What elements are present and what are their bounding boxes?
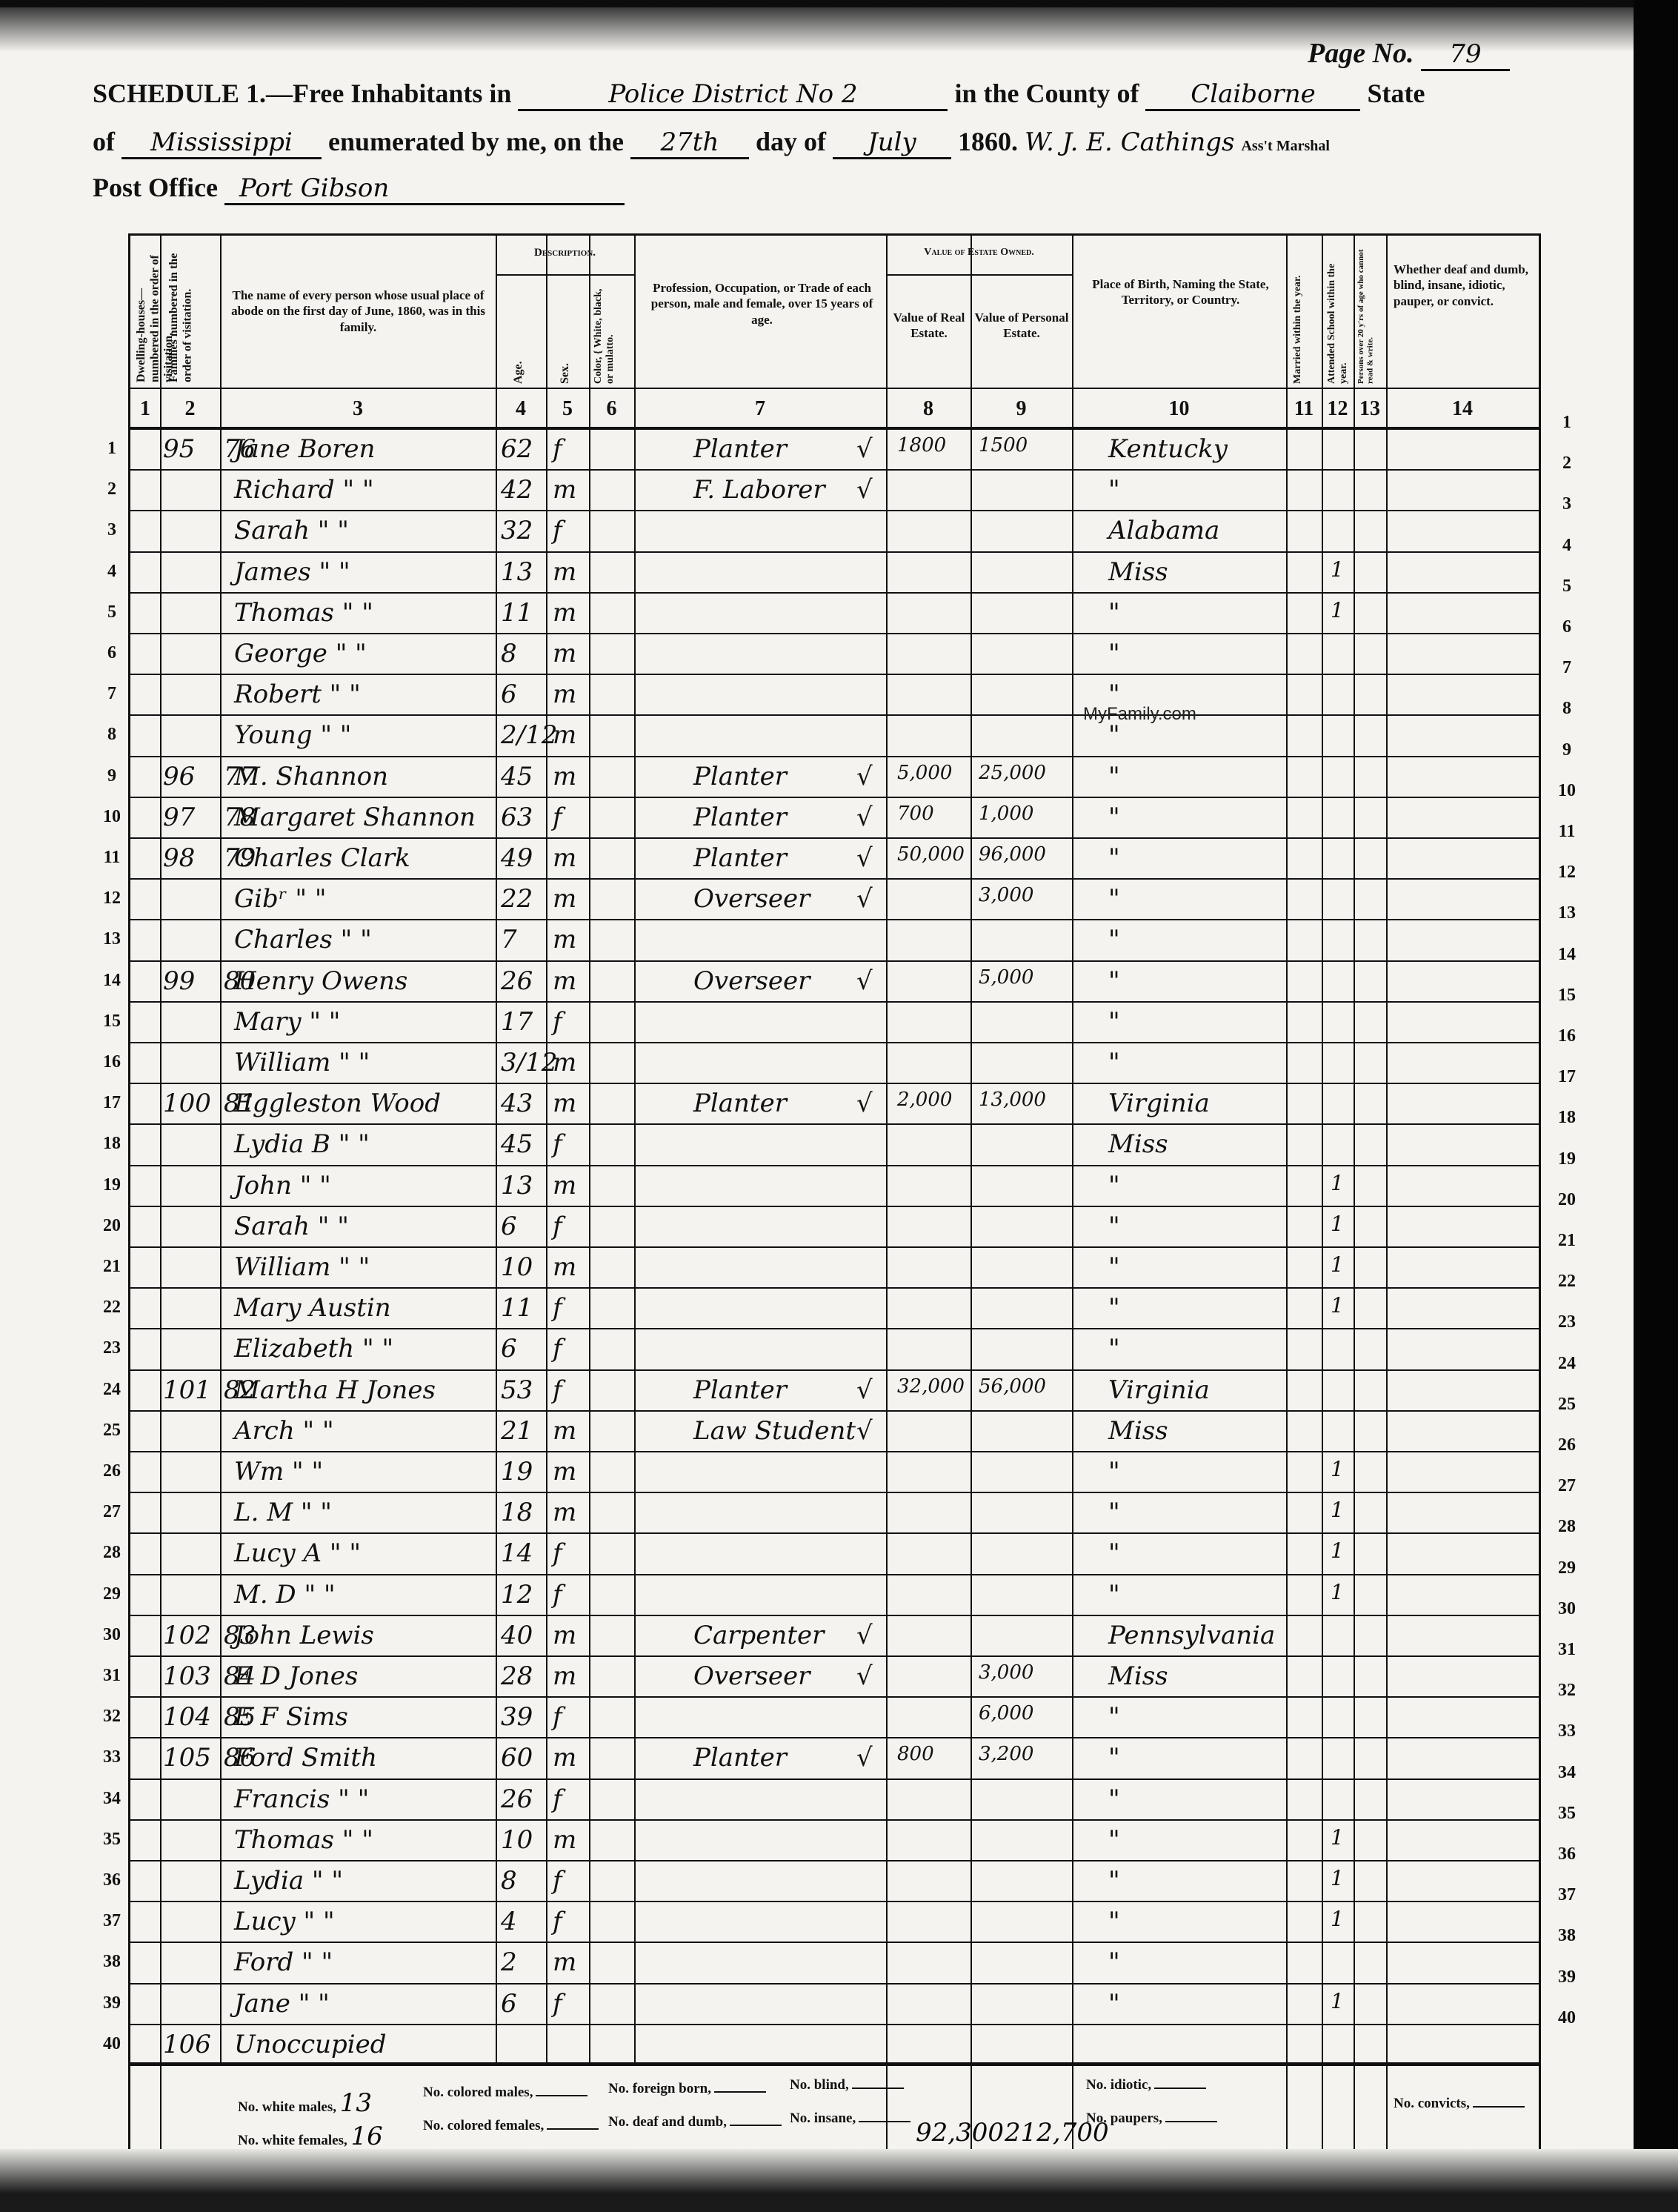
sex: m [553,966,576,996]
footer-top-line [130,2062,1539,2066]
colnum-10: 10 [1072,397,1286,421]
right-line-number: 31 [1552,1640,1582,1660]
sex: m [553,598,576,628]
table-row: 40106Unoccupied [130,2025,1539,2066]
age: 18 [501,1498,533,1527]
age: 2 [501,1947,517,1977]
right-line-number: 28 [1552,1517,1582,1537]
birthplace: Alabama [1108,516,1219,545]
right-line-number: 27 [1552,1476,1582,1496]
sex: f [553,1989,562,2019]
birthplace: " [1108,1580,1120,1610]
birthplace: Miss [1108,1661,1168,1691]
sex: m [553,1171,576,1200]
sex: f [553,1212,562,1241]
right-line-number: 9 [1552,740,1582,760]
occupation: Overseer [693,1661,810,1691]
right-line-number: 11 [1552,822,1582,842]
right-line-number: 15 [1552,986,1582,1006]
right-line-number: 17 [1552,1067,1582,1087]
sex: m [553,680,576,709]
line-number: 6 [97,643,127,663]
table-row: 3310586Ford Smith60mPlanter√8003,200" [130,1738,1539,1779]
table-row: 19576Jane Boren62fPlanter√18001500Kentuc… [130,430,1539,471]
footer-idiotic: No. idiotic, [1086,2077,1206,2093]
birthplace: " [1108,1907,1120,1936]
birthplace: " [1108,720,1120,750]
right-line-number: 39 [1552,1967,1582,1987]
sex: m [553,1621,576,1650]
table-row: 28Lucy A " "14f"1 [130,1534,1539,1575]
personal-estate-value: 96,000 [979,843,1046,866]
colnum-6: 6 [589,397,634,421]
blind-label: No. blind, [790,2077,849,2093]
occupation: Planter [693,762,787,791]
table-row: 4James " "13mMiss1 [130,553,1539,594]
occupation: Overseer [693,966,810,996]
person-name: Wm " " [234,1457,323,1487]
age: 60 [501,1743,533,1773]
check-mark: √ [856,884,873,914]
school-mark: 1 [1331,1457,1344,1481]
right-line-number: 8 [1552,699,1582,719]
census-page: Page No. 79 SCHEDULE 1.—Free Inhabitants… [0,7,1638,2179]
dwelling-number: 101 [163,1375,211,1405]
line-number: 33 [97,1747,127,1767]
check-mark: √ [856,475,873,505]
birthplace: " [1108,598,1120,628]
enumeration-line: of Mississippi enumerated by me, on the … [93,126,1330,159]
footer-convicts: No. convicts, [1394,2096,1525,2112]
paupers-label: No. paupers, [1086,2110,1162,2126]
dwelling-number: 106 [163,2030,211,2059]
line-number: 23 [97,1338,127,1358]
age: 6 [501,1212,517,1241]
person-name: Lucy A " " [234,1538,361,1568]
colnum-3: 3 [220,397,496,421]
dwelling-number: 104 [163,1702,211,1732]
school-mark: 1 [1331,1498,1344,1522]
right-line-number: 14 [1552,945,1582,965]
footer-colored-females: No. colored females, [423,2118,599,2134]
convicts-label: No. convicts, [1394,2096,1470,2111]
watermark: MyFamily.com [1083,704,1196,725]
personal-estate-value: 3,000 [979,884,1033,906]
age: 2/12 [501,720,557,750]
school-mark: 1 [1331,1252,1344,1277]
header-school: Attended School within the year. [1326,247,1351,384]
sex: f [553,1538,562,1568]
table-row: 18Lydia B " "45fMiss [130,1125,1539,1166]
day-field: 27th [630,127,749,159]
marshal-label: Ass't Marshal [1241,138,1329,154]
sex: f [553,1293,562,1323]
age: 6 [501,1989,517,2019]
age: 26 [501,1784,533,1814]
right-line-number: 34 [1552,1763,1582,1783]
birthplace: Virginia [1108,1375,1210,1405]
table-row: 1710081Eggleston Wood43mPlanter√2,00013,… [130,1084,1539,1125]
sex: m [553,1498,576,1527]
birthplace: " [1108,1048,1120,1077]
line-number: 26 [97,1461,127,1481]
county-field: Claiborne [1145,79,1360,111]
sex: m [553,1825,576,1855]
person-name: Elizabeth " " [234,1334,393,1364]
right-line-number: 25 [1552,1395,1582,1415]
right-line-number: 4 [1552,536,1582,556]
person-name: Henry Owens [234,966,407,996]
person-name: John Lewis [234,1621,374,1650]
sex: m [553,1947,576,1977]
footer-insane: No. insane, [790,2110,910,2127]
sex: m [553,475,576,505]
table-row: 13Charles " "7m" [130,920,1539,961]
person-name: Francis " " [234,1784,369,1814]
line-number: 19 [97,1175,127,1195]
line-number: 38 [97,1952,127,1972]
table-row: 16William " "3/12m" [130,1043,1539,1084]
check-mark: √ [856,843,873,873]
table-row: 20Sarah " "6f"1 [130,1207,1539,1248]
foreign-born-label: No. foreign born, [608,2081,711,2096]
person-name: E F Sims [234,1702,348,1732]
header-occupation: Profession, Occupation, or Trade of each… [645,280,879,328]
person-name: Jane " " [234,1989,330,2019]
scan-shadow-bottom [0,2149,1678,2212]
table-row: 25Arch " "21mLaw Student√Miss [130,1412,1539,1452]
table-row: 149980Henry Owens26mOverseer√5,000" [130,962,1539,1003]
right-line-number: 2 [1552,454,1582,474]
right-line-number: 32 [1552,1681,1582,1701]
birthplace: " [1108,1743,1120,1773]
birthplace: " [1108,1866,1120,1896]
birthplace: " [1108,1947,1120,1977]
person-name: George " " [234,639,367,668]
person-name: Unoccupied [234,2030,387,2059]
post-office-line: Post Office Port Gibson [93,172,625,205]
age: 6 [501,1334,517,1364]
person-name: Charles " " [234,925,372,954]
header-birthplace: Place of Birth, Naming the State, Territ… [1086,276,1275,308]
sex: f [553,1334,562,1364]
state-label: State [1367,79,1425,108]
person-name: Gibʳ " " [234,884,327,914]
personal-estate-value: 3,200 [979,1743,1033,1765]
line-number: 8 [97,725,127,745]
age: 49 [501,843,533,873]
birthplace: " [1108,1538,1120,1568]
occupation: Planter [693,1089,787,1118]
table-row: 12Gibʳ " "22mOverseer√3,000" [130,880,1539,920]
check-mark: √ [856,1621,873,1650]
person-name: Ford " " [234,1947,333,1977]
table-row: 2Richard " "42mF. Laborer√" [130,471,1539,511]
person-name: Ford Smith [234,1743,377,1773]
sex: m [553,1089,576,1118]
birthplace: " [1108,1784,1120,1814]
sex: f [553,1784,562,1814]
personal-estate-value: 3,000 [979,1661,1033,1684]
sex: m [553,884,576,914]
right-line-number: 22 [1552,1272,1582,1292]
right-line-number: 3 [1552,494,1582,514]
person-name: James " " [234,557,350,587]
age: 43 [501,1089,533,1118]
sex: m [553,720,576,750]
dwelling-number: 95 [163,434,195,464]
real-estate-value: 32,000 [897,1375,965,1398]
person-name: M. D " " [234,1580,336,1610]
school-mark: 1 [1331,1825,1344,1850]
table-row: 22Mary Austin11f"1 [130,1289,1539,1329]
table-row: 8Young " "2/12m" [130,716,1539,757]
page-number: Page No. 79 [1308,37,1510,71]
occupation: Planter [693,803,787,832]
personal-estate-value: 1,000 [979,803,1033,825]
check-mark: √ [856,803,873,832]
table-row: 2410182Martha H Jones53fPlanter√32,00056… [130,1371,1539,1412]
enumerated-label: enumerated by me, on the [328,127,624,156]
right-line-number: 35 [1552,1804,1582,1824]
line-number: 12 [97,889,127,909]
line-number: 34 [97,1789,127,1809]
person-name: Thomas " " [234,1825,373,1855]
sex: m [553,843,576,873]
header-estate-group: Value of Estate Owned. [886,246,1072,259]
birthplace: " [1108,1825,1120,1855]
right-line-number: 18 [1552,1108,1582,1128]
birthplace: " [1108,966,1120,996]
occupation: Overseer [693,884,810,914]
colored-females-label: No. colored females, [423,2118,544,2133]
county-label: in the County of [954,79,1139,108]
birthplace: Miss [1108,1416,1168,1446]
school-mark: 1 [1331,1907,1344,1931]
colnum-8: 8 [886,397,970,421]
age: 11 [501,1293,533,1323]
right-line-number: 38 [1552,1926,1582,1946]
person-name: John " " [234,1171,331,1200]
right-line-number: 29 [1552,1558,1582,1578]
birthplace: " [1108,925,1120,954]
colnum-12: 12 [1322,397,1354,421]
person-name: Martha H Jones [234,1375,436,1405]
birthplace: " [1108,762,1120,791]
page-number-label: Page No. [1308,38,1414,69]
year: 1860. [958,127,1018,156]
age: 6 [501,680,517,709]
school-mark: 1 [1331,557,1344,582]
sex: f [553,516,562,545]
header-real-estate: Value of Real Estate. [889,310,969,342]
person-name: Sarah " " [234,1212,349,1241]
line-number: 31 [97,1666,127,1686]
birthplace: " [1108,1293,1120,1323]
sex: f [553,1580,562,1610]
real-estate-value: 50,000 [897,843,965,866]
header-married: Married within the year. [1292,247,1319,384]
person-name: Eggleston Wood [234,1089,441,1118]
age: 62 [501,434,533,464]
colnum-7: 7 [634,397,886,421]
right-line-number: 7 [1552,658,1582,678]
age: 26 [501,966,533,996]
right-line-number: 12 [1552,863,1582,883]
line-number: 7 [97,684,127,704]
age: 53 [501,1375,533,1405]
right-line-number: 16 [1552,1026,1582,1046]
estate-group-line [886,274,1072,276]
right-line-number: 1 [1552,413,1582,433]
line-number: 4 [97,562,127,582]
table-row: 35Thomas " "10m"1 [130,1821,1539,1861]
line-number: 11 [97,848,127,868]
birthplace: " [1108,1007,1120,1037]
right-line-number: 24 [1552,1354,1582,1374]
line-number: 22 [97,1298,127,1318]
age: 10 [501,1825,533,1855]
birthplace: " [1108,639,1120,668]
line-number: 2 [97,479,127,499]
right-line-number: 33 [1552,1721,1582,1741]
person-name: Jane Boren [234,434,375,464]
line-number: 40 [97,2034,127,2054]
header-bottom-line [130,388,1539,389]
line-number: 1 [97,439,127,459]
personal-estate-value: 5,000 [979,966,1033,989]
person-name: William " " [234,1252,370,1282]
sex: f [553,1007,562,1037]
header-disability: Whether deaf and dumb, blind, insane, id… [1394,262,1534,309]
table-row: 119879Charles Clark49mPlanter√50,00096,0… [130,839,1539,880]
table-row: 3210485E F Sims39f6,000" [130,1698,1539,1738]
table-row: 26Wm " "19m"1 [130,1452,1539,1493]
sex: m [553,1416,576,1446]
person-name: Arch " " [234,1416,334,1446]
person-name: Lydia " " [234,1866,343,1896]
line-number: 37 [97,1911,127,1931]
person-name: William " " [234,1048,370,1077]
age: 22 [501,884,533,914]
right-line-number: 30 [1552,1599,1582,1619]
sex: m [553,925,576,954]
line-number: 14 [97,971,127,991]
age: 3/12 [501,1048,557,1077]
colnum-2: 2 [160,397,220,421]
header-illiterate: Persons over 20 y'rs of age who cannot r… [1356,243,1385,384]
header-description-group: Description. [496,246,634,260]
right-line-number: 20 [1552,1190,1582,1210]
table-row: 37Lucy " "4f"1 [130,1902,1539,1943]
sex: m [553,1743,576,1773]
age: 45 [501,1129,533,1159]
table-row: 15Mary " "17f" [130,1003,1539,1043]
right-line-number: 10 [1552,781,1582,801]
footer-white-males: No. white males, 13 [238,2088,372,2118]
birthplace: " [1108,1334,1120,1364]
age: 4 [501,1907,517,1936]
school-mark: 1 [1331,1212,1344,1236]
birthplace: " [1108,1252,1120,1282]
line-number: 24 [97,1380,127,1400]
deaf-dumb-label: No. deaf and dumb, [608,2114,727,2130]
table-row: 19John " "13m"1 [130,1166,1539,1207]
age: 13 [501,1171,533,1200]
school-mark: 1 [1331,1293,1344,1318]
header-name: The name of every person whose usual pla… [230,288,486,335]
sex: m [553,1661,576,1691]
real-estate-value: 1800 [897,434,946,456]
dwelling-number: 97 [163,803,195,832]
person-name: Lucy " " [234,1907,335,1936]
age: 19 [501,1457,533,1487]
person-name: M. Shannon [234,762,388,791]
birthplace: Miss [1108,1129,1168,1159]
person-name: Young " " [234,720,351,750]
right-line-number: 5 [1552,577,1582,597]
insane-label: No. insane, [790,2110,856,2126]
state-field: Mississippi [121,127,322,159]
birthplace: " [1108,475,1120,505]
header-sex: Sex. [559,332,572,384]
district-field: Police District No 2 [518,79,948,111]
occupation: Planter [693,434,787,464]
table-row: 7Robert " "6m" [130,675,1539,716]
colored-males-label: No. colored males, [423,2085,533,2100]
footer-deaf-dumb: No. deaf and dumb, [608,2114,782,2130]
check-mark: √ [856,966,873,996]
age: 12 [501,1580,533,1610]
occupation: Law Student [693,1416,856,1446]
sex: m [553,1252,576,1282]
personal-estate-value: 25,000 [979,762,1046,784]
footer-blind: No. blind, [790,2077,904,2093]
dwelling-number: 105 [163,1743,211,1773]
sex: f [553,1907,562,1936]
right-line-number: 37 [1552,1885,1582,1905]
line-number: 35 [97,1830,127,1850]
footer-white-females: No. white females, 16 [238,2122,383,2151]
right-line-number: 23 [1552,1312,1582,1332]
line-number: 3 [97,520,127,540]
table-row: 6George " "8m" [130,634,1539,675]
header-family: Families numbered in the order of visita… [167,249,212,382]
right-line-number: 6 [1552,617,1582,637]
age: 14 [501,1538,533,1568]
age: 10 [501,1252,533,1282]
page-number-value: 79 [1421,39,1510,71]
colnum-14: 14 [1386,397,1539,421]
table-row: 21William " "10m"1 [130,1248,1539,1289]
dwelling-number: 100 [163,1089,211,1118]
person-name: Richard " " [234,475,374,505]
colnum-9: 9 [970,397,1072,421]
person-name: Mary Austin [234,1293,391,1323]
birthplace: " [1108,1212,1120,1241]
check-mark: √ [856,1375,873,1405]
person-name: Mary " " [234,1007,340,1037]
line-number: 27 [97,1502,127,1522]
colnum-5: 5 [546,397,589,421]
right-line-number: 13 [1552,903,1582,923]
table-row: 3010283John Lewis40mCarpenter√Pennsylvan… [130,1616,1539,1657]
line-number: 16 [97,1052,127,1072]
dwelling-number: 103 [163,1661,211,1691]
colnum-13: 13 [1354,397,1386,421]
line-number: 17 [97,1093,127,1113]
line-number: 9 [97,766,127,786]
